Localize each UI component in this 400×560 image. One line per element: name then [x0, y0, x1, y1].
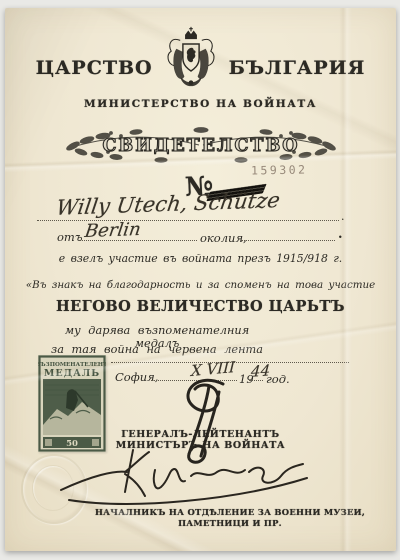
- certificate-paper: ЦАРСТВО БЪ: [5, 8, 396, 551]
- serial-number: 159302: [251, 163, 308, 178]
- kingdom-word-right: БЪЛГАРИЯ: [229, 57, 366, 79]
- chief-signature: [57, 442, 333, 516]
- certificate-title: СВИДЕТЕЛСТВО: [61, 124, 341, 168]
- kingdom-word-left: ЦАРСТВО: [36, 57, 153, 79]
- majesty-line: НЕГОВО ВЕЛИЧЕСТВО ЦАРЬТЪ: [5, 298, 396, 315]
- from-line-period: .: [338, 227, 343, 242]
- participation-line: е взелъ участие въ войната презъ 1915/91…: [5, 252, 396, 265]
- title-banner: СВИДЕТЕЛСТВО: [61, 124, 341, 168]
- district-label: околия,: [200, 231, 247, 245]
- name-line-period: .: [341, 210, 345, 223]
- photo-of-certificate: ЦАРСТВО БЪ: [0, 0, 400, 560]
- header-row: ЦАРСТВО БЪ: [5, 38, 396, 98]
- bulgarian-coat-of-arms-icon: [163, 26, 219, 98]
- district-line: [241, 226, 335, 241]
- chief-title-line-2: ПАМЕТНИЦИ И ПР.: [90, 518, 370, 528]
- gratitude-line: «Въ знакъ на благодарность и за споменъ …: [5, 279, 396, 291]
- from-line: [79, 226, 197, 241]
- stamp-medal-text: МЕДАЛЬ: [44, 368, 100, 379]
- ministry-line: МИНИСТЕРСТВО НА ВОЙНАТА: [5, 98, 396, 110]
- name-line: [37, 204, 339, 221]
- year-suffix: год.: [266, 372, 290, 386]
